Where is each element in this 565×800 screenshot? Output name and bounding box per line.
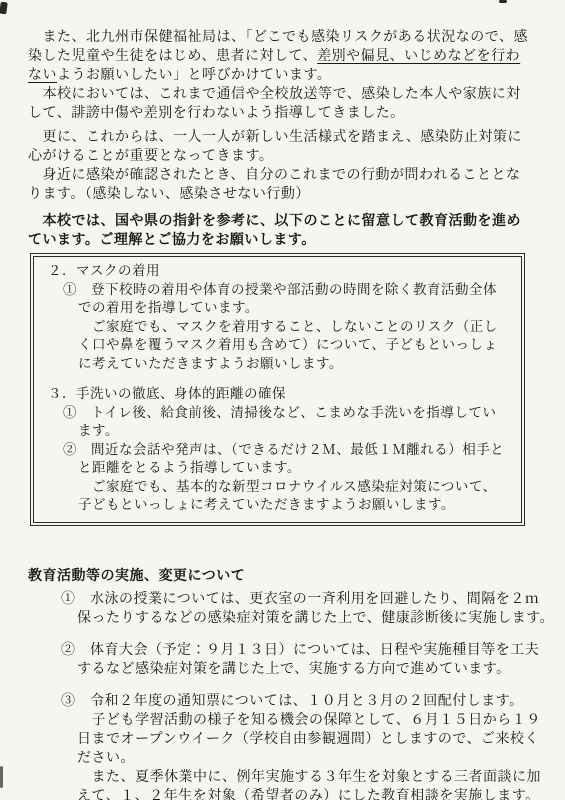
text-line: 更に、これからは、一人一人が新しい生活様式を踏まえ、感染防止対策に — [28, 128, 540, 147]
underlined-text: ない — [28, 68, 57, 83]
mask-section: ２．マスクの着用 ① 登下校時の着用や体育の授業や部活動の時間を除く教育活動全体… — [48, 262, 513, 373]
text-line: ② 体育大会（予定：９月１３日）については、日程や実施種目等を工夫 — [28, 641, 540, 660]
text-line: 身近に感染が確認されたとき、自分のこれまでの行動が問われることとな — [28, 166, 540, 185]
text-line: 子どもといっしょに考えていただきますようお願いします。 — [48, 496, 513, 515]
intro-paragraph-2: 本校においては、これまで通信や全校放送等で、感染した本人や家族に対 して、誹謗中… — [28, 85, 540, 123]
handwash-section: ３．手洗いの徹底、身体的距離の確保 ① トイレ後、給食前後、清掃後など、こまめな… — [48, 385, 513, 515]
text-line: ① 登下校時の着用や体育の授業や部活動の時間を除く教育活動全体 — [48, 281, 513, 300]
document-content: また、北九州市保健福祉局は、「どこでも感染リスクがある状況なので、感 染した児童… — [28, 28, 540, 800]
document-page: また、北九州市保健福祉局は、「どこでも感染リスクがある状況なので、感 染した児童… — [0, 0, 565, 800]
activities-section: 教育活動等の実施、変更について ① 水泳の授業については、更衣室の一斉利用を回避… — [28, 566, 540, 800]
activity-item-sports-day: ② 体育大会（予定：９月１３日）については、日程や実施種目等を工夫 するなど感染… — [28, 641, 540, 679]
text-line: 本校においては、これまで通信や全校放送等で、感染した本人や家族に対 — [28, 85, 540, 104]
text-segment: ようお願いしたい」と呼びかけています。 — [57, 68, 331, 83]
text-line: での着用を指導しています。 — [48, 299, 513, 318]
text-line: ご家庭でも、基本的な新型コロナウイルス感染症対策について、 — [48, 478, 513, 497]
text-line: また、夏季休業中に、例年実施する３年生を対象とする三者面談に加 — [28, 768, 540, 787]
activities-heading: 教育活動等の実施、変更について — [28, 566, 540, 585]
text-line: するなど感染症対策を講じた上で、実施する方向で進めています。 — [28, 660, 540, 679]
text-line: えて、１、２年生を対象（希望者のみ）にした教育相談を実施します。 — [28, 787, 540, 800]
text-line: ないようお願いしたい」と呼びかけています。 — [28, 66, 540, 85]
text-line: 染した児童や生徒をはじめ、患者に対して、差別や偏見、いじめなどを行わ — [28, 47, 540, 66]
text-segment: 染した児童や生徒をはじめ、患者に対して、 — [28, 49, 317, 64]
text-line: また、北九州市保健福祉局は、「どこでも感染リスクがある状況なので、感 — [28, 28, 540, 47]
intro-paragraph-1: また、北九州市保健福祉局は、「どこでも感染リスクがある状況なので、感 染した児童… — [28, 28, 540, 85]
text-line: 日までオープンウイーク（学校自由参観週間）としますので、ご来校く — [28, 730, 540, 749]
policy-statement: 本校では、国や県の指針を参考に、以下のことに留意して教育活動を進め ています。ご… — [28, 211, 540, 249]
text-line: ご家庭でも、マスクを着用すること、しないことのリスク（正し — [48, 318, 513, 337]
guidelines-box: ２．マスクの着用 ① 登下校時の着用や体育の授業や部活動の時間を除く教育活動全体… — [30, 253, 525, 526]
text-line: して、誹謗中傷や差別を行わないよう指導してきました。 — [28, 104, 540, 123]
intro-paragraph-3: 更に、これからは、一人一人が新しい生活様式を踏まえ、感染防止対策に 心がけること… — [28, 128, 540, 166]
activity-item-swimming: ① 水泳の授業については、更衣室の一斉利用を回避したり、間隔を２ｍ 保ったりする… — [28, 590, 540, 628]
activity-item-report-card: ③ 令和２年度の通知票については、１０月と３月の２回配付します。 子ども学習活動… — [28, 692, 540, 800]
text-line: ります。（感染しない、感染させない行動） — [28, 185, 540, 204]
text-line: ます。 — [48, 422, 513, 441]
scan-artifact — [0, 2, 8, 15]
text-line: 子ども学習活動の様子を知る機会の保障として、６月１５日から１９ — [28, 711, 540, 730]
text-line: 保ったりするなどの感染症対策を講じた上で、健康診断後に実施します。 — [28, 609, 540, 628]
scan-artifact — [0, 766, 3, 788]
handwash-section-title: ３．手洗いの徹底、身体的距離の確保 — [48, 385, 513, 404]
text-line: ださい。 — [28, 749, 540, 768]
underlined-text: 差別や偏見、いじめなどを行わ — [317, 49, 520, 64]
text-line: ② 間近な会話や発声は、（できるだけ２Ｍ、最低１Ｍ離れる）相手と — [48, 441, 513, 460]
text-line: く口や鼻を覆うマスク着用も含めて）について、子どもといっしょ — [48, 336, 513, 355]
text-line: ① 水泳の授業については、更衣室の一斉利用を回避したり、間隔を２ｍ — [28, 590, 540, 609]
scan-artifact — [499, 0, 507, 3]
text-line: 本校では、国や県の指針を参考に、以下のことに留意して教育活動を進め — [28, 211, 540, 230]
text-line: ③ 令和２年度の通知票については、１０月と３月の２回配付します。 — [28, 692, 540, 711]
intro-paragraph-4: 身近に感染が確認されたとき、自分のこれまでの行動が問われることとな ります。（感… — [28, 166, 540, 204]
text-line: と距離をとるよう指導しています。 — [48, 459, 513, 478]
mask-section-title: ２．マスクの着用 — [48, 262, 513, 281]
text-line: に考えていただきますようお願いします。 — [48, 355, 513, 374]
text-line: 心がけることが重要となってきます。 — [28, 147, 540, 166]
text-line: ています。ご理解とご協力をお願いします。 — [28, 230, 540, 249]
guidelines-box-inner: ２．マスクの着用 ① 登下校時の着用や体育の授業や部活動の時間を除く教育活動全体… — [33, 256, 522, 523]
text-line: ① トイレ後、給食前後、清掃後など、こまめな手洗いを指導してい — [48, 404, 513, 423]
